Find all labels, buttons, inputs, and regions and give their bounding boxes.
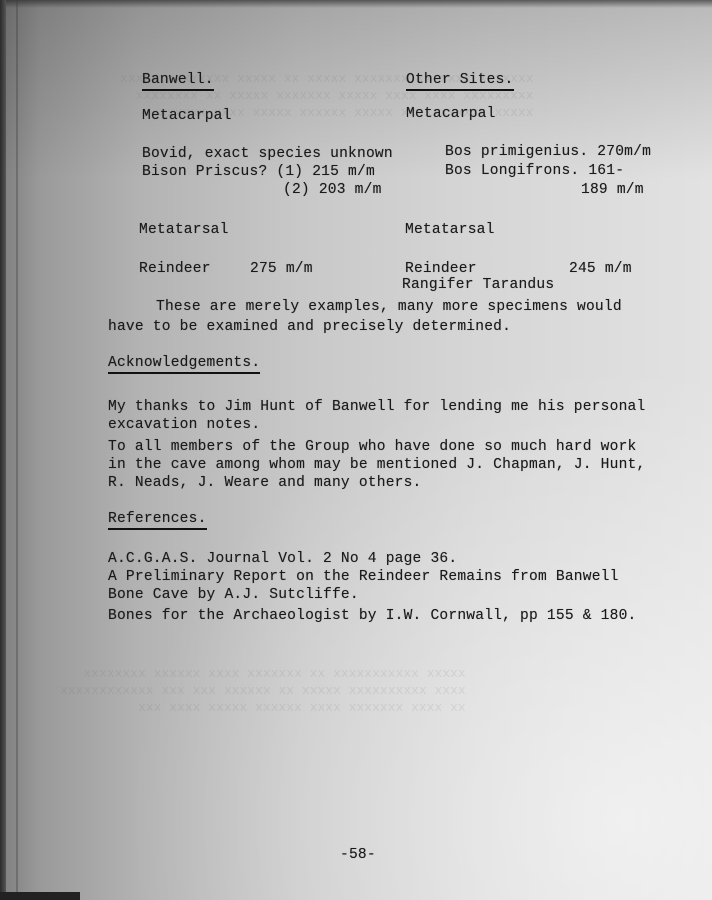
metatarsal-label-left: Metatarsal [139, 221, 229, 239]
reference-item: Bones for the Archaeologist by I.W. Corn… [108, 607, 637, 625]
heading-other-sites: Other Sites. [406, 71, 514, 89]
reference-item: A.C.G.A.S. Journal Vol. 2 No 4 page 36. [108, 550, 457, 568]
metacarpal-left-line: Bovid, exact species unknown [142, 145, 393, 163]
metatarsal-right-value: 245 m/m [569, 260, 632, 278]
bleed-through-text-lower: xxxxx xxxxxxxxxxx xx xxxxxxx xxxx xxxxxx… [60, 665, 466, 716]
metatarsal-label-right: Metatarsal [405, 221, 495, 239]
metacarpal-right-line: Bos Longifrons. 161- [445, 162, 624, 180]
document-page: xxxxxxx xxxx xx xxxxxxx xxxxx xx xxxxx x… [0, 0, 712, 900]
acknowledgements-line: My thanks to Jim Hunt of Banwell for len… [108, 398, 645, 416]
note-line: have to be examined and precisely determ… [108, 318, 511, 336]
heading-banwell: Banwell. [142, 71, 214, 89]
acknowledgements-heading: Acknowledgements. [108, 354, 260, 372]
references-heading: References. [108, 510, 207, 528]
metacarpal-right-line: Bos primigenius. 270m/m [445, 143, 651, 161]
binding-edge [0, 0, 6, 900]
page-edge-line [16, 0, 18, 900]
reference-item: Bone Cave by A.J. Sutcliffe. [108, 586, 359, 604]
heading-banwell-text: Banwell. [142, 72, 214, 91]
metacarpal-label-right: Metacarpal [406, 105, 496, 123]
top-shadow [0, 0, 712, 8]
acknowledgements-line: To all members of the Group who have don… [108, 438, 637, 456]
references-heading-text: References. [108, 511, 207, 530]
acknowledgements-line: excavation notes. [108, 416, 260, 434]
metacarpal-left-line: (2) 203 m/m [283, 181, 382, 199]
metatarsal-left-value: 275 m/m [250, 260, 313, 278]
metacarpal-left-line: Bison Priscus? (1) 215 m/m [142, 163, 375, 181]
note-line: These are merely examples, many more spe… [156, 298, 622, 316]
metatarsal-right-latin: Rangifer Tarandus [402, 276, 554, 294]
reference-item: A Preliminary Report on the Reindeer Rem… [108, 568, 619, 586]
acknowledgements-heading-text: Acknowledgements. [108, 355, 260, 374]
metacarpal-label-left: Metacarpal [142, 107, 232, 125]
metatarsal-left-species: Reindeer [139, 260, 211, 278]
heading-other-sites-text: Other Sites. [406, 72, 514, 91]
bottom-corner-shadow [0, 892, 80, 900]
metacarpal-right-line: 189 m/m [581, 181, 644, 199]
page-number: -58- [340, 846, 376, 864]
acknowledgements-line: in the cave among whom may be mentioned … [108, 456, 645, 474]
acknowledgements-line: R. Neads, J. Weare and many others. [108, 474, 422, 492]
